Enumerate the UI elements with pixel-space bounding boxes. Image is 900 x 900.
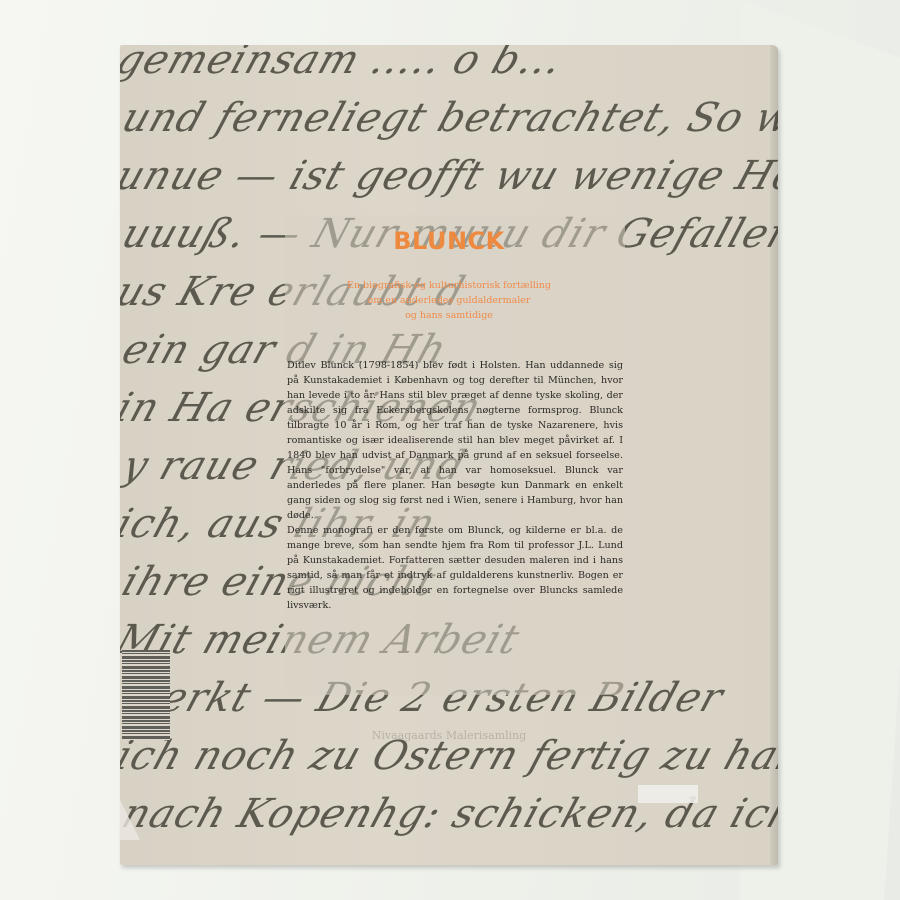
book-subtitle: En biografisk og kulturhistorisk fortæll…	[120, 278, 778, 323]
handwriting-line: und ferneliegt betrachtet, So wie	[120, 95, 778, 141]
blurb-paragraph: Denne monografi er den første om Blunck,…	[287, 523, 623, 613]
price-sticker-residue	[638, 785, 698, 803]
subtitle-line: om en anderledes guldaldermaler	[120, 293, 778, 308]
handwriting-line: gemeinsam ..... o b...	[120, 45, 569, 83]
subtitle-line: og hans samtidige	[120, 308, 778, 323]
blurb: Ditlev Blunck (1798-1854) blev født i Ho…	[287, 358, 623, 613]
subtitle-line: En biografisk og kulturhistorisk fortæll…	[120, 278, 778, 293]
publisher-name: Nivaagaards Malerisamling	[120, 729, 778, 742]
book-back-cover: gemeinsam ..... o b...und ferneliegt bet…	[120, 45, 778, 865]
book-title: BLUNCK	[120, 227, 778, 255]
barcode-icon	[122, 650, 170, 740]
blurb-paragraph: Ditlev Blunck (1798-1854) blev født i Ho…	[287, 358, 623, 523]
worn-corner	[120, 800, 140, 840]
handwriting-line: unue — ist geofft wu wenige Hoffe	[120, 153, 778, 199]
